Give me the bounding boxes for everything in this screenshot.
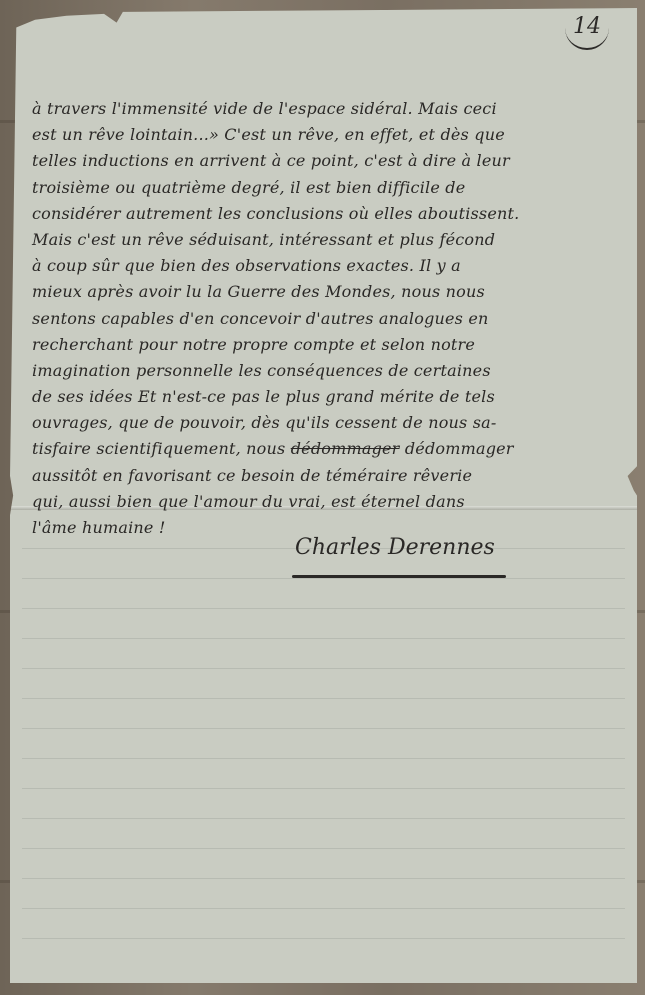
- text-line: imagination personnelle les conséquences…: [32, 358, 622, 384]
- manuscript-page: 14 à travers l'immensité vide de l'espac…: [10, 8, 637, 983]
- signature-underline: [292, 575, 506, 578]
- text-line: à travers l'immensité vide de l'espace s…: [32, 96, 622, 122]
- text-line: à coup sûr que bien des observations exa…: [32, 253, 622, 279]
- ruled-line: [22, 938, 625, 939]
- text-line: tisfaire scientifiquement, nous dédommag…: [32, 436, 622, 462]
- signature: Charles Derennes: [295, 535, 495, 560]
- text-line: telles inductions en arrivent à ce point…: [32, 148, 622, 174]
- text-line: mieux après avoir lu la Guerre des Monde…: [32, 279, 622, 305]
- text-line: Mais c'est un rêve séduisant, intéressan…: [32, 227, 622, 253]
- ruled-line: [22, 758, 625, 759]
- ruled-line: [22, 728, 625, 729]
- ruled-line: [22, 818, 625, 819]
- text-line: de ses idées Et n'est-ce pas le plus gra…: [32, 384, 622, 410]
- page-number: 14: [565, 14, 609, 50]
- ruled-line: [22, 698, 625, 699]
- ruled-line: [22, 788, 625, 789]
- text-line: troisième ou quatrième degré, il est bie…: [32, 175, 622, 201]
- ruled-line: [22, 578, 625, 579]
- ruled-line: [22, 848, 625, 849]
- text-line: recherchant pour notre propre compte et …: [32, 332, 622, 358]
- correction-word: dédommager: [405, 439, 514, 458]
- ruled-line: [22, 608, 625, 609]
- text-line: aussitôt en favorisant ce besoin de témé…: [32, 463, 622, 489]
- text-fragment: tisfaire scientifiquement, nous: [32, 439, 285, 458]
- text-line: sentons capables d'en concevoir d'autres…: [32, 306, 622, 332]
- text-line: est un rêve lointain...» C'est un rêve, …: [32, 122, 622, 148]
- ruled-line: [22, 908, 625, 909]
- text-line: considérer autrement les conclusions où …: [32, 201, 622, 227]
- text-line: ouvrages, que de pouvoir, dès qu'ils ces…: [32, 410, 622, 436]
- ruled-line: [22, 638, 625, 639]
- ruled-line: [22, 668, 625, 669]
- handwritten-body: à travers l'immensité vide de l'espace s…: [32, 96, 622, 541]
- struck-word: dédommager: [291, 439, 400, 458]
- text-line: qui, aussi bien que l'amour du vrai, est…: [32, 489, 622, 515]
- ruled-line: [22, 878, 625, 879]
